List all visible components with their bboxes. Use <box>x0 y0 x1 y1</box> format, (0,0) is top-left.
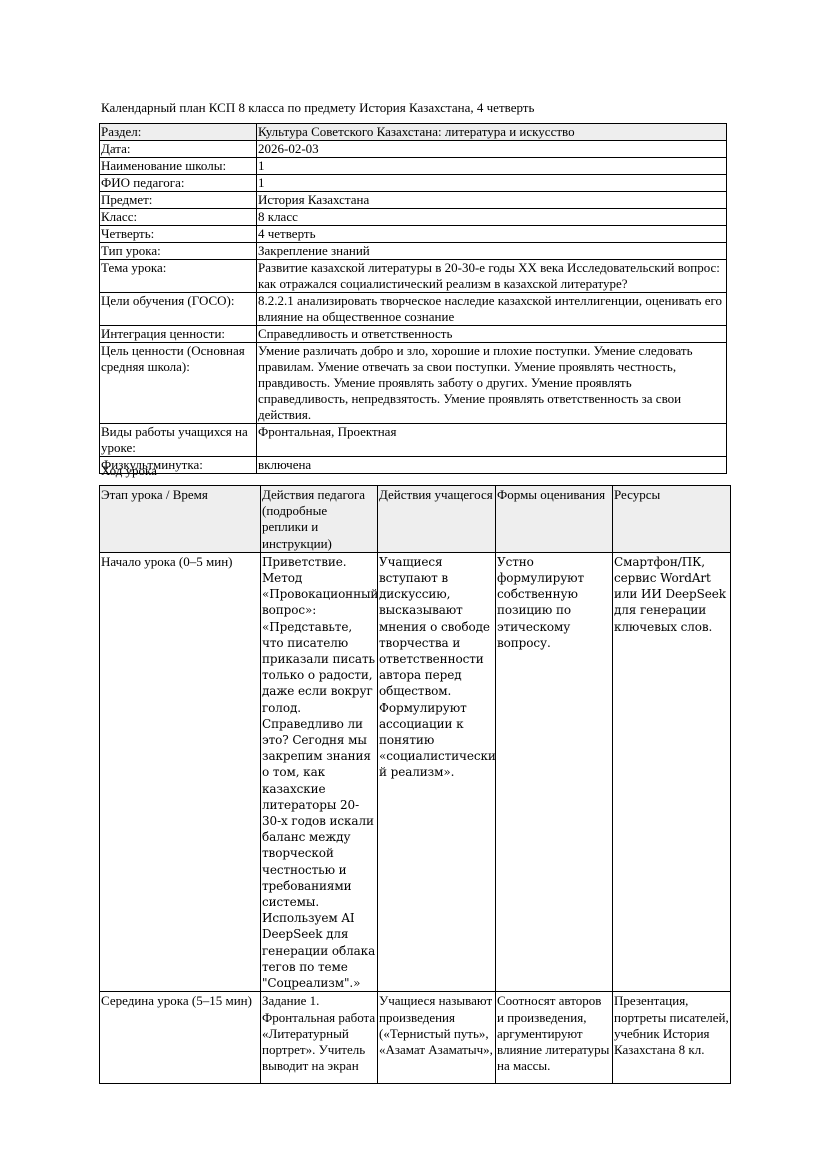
info-value: Фронтальная, Проектная <box>257 424 727 457</box>
assessment-cell: Соотносят авторов и произведения, аргуме… <box>496 992 613 1084</box>
info-value: 2026-02-03 <box>257 141 727 158</box>
info-row: Класс:8 класс <box>100 209 727 226</box>
info-value: 4 четверть <box>257 226 727 243</box>
info-label: Тип урока: <box>100 243 257 260</box>
info-row: ФИО педагога:1 <box>100 175 727 192</box>
info-row: Наименование школы:1 <box>100 158 727 175</box>
header-stage: Этап урока / Время <box>100 486 261 553</box>
header-assessment: Формы оценивания <box>496 486 613 553</box>
student-actions-cell: Учащиеся вступают в дискуссию, высказыва… <box>378 552 496 991</box>
info-value: Закрепление знаний <box>257 243 727 260</box>
resources-cell: Презентация, портреты писателей, учебник… <box>613 992 731 1084</box>
header-resources: Ресурсы <box>613 486 731 553</box>
info-value: Развитие казахской литературы в 20-30-е … <box>257 260 727 293</box>
info-row: Предмет:История Казахстана <box>100 192 727 209</box>
info-value: включена <box>257 457 727 474</box>
info-label: Цель ценности (Основная средняя школа): <box>100 343 257 424</box>
info-row: Тип урока:Закрепление знаний <box>100 243 727 260</box>
lesson-table-header-row: Этап урока / Время Действия педагога (по… <box>100 486 731 553</box>
table-row: Начало урока (0–5 мин) Приветствие. Мето… <box>100 552 731 991</box>
info-row: Физкультминутка:включена <box>100 457 727 474</box>
info-value: 8 класс <box>257 209 727 226</box>
info-row: Цель ценности (Основная средняя школа):У… <box>100 343 727 424</box>
info-label: Предмет: <box>100 192 257 209</box>
info-value: Умение различать добро и зло, хорошие и … <box>257 343 727 424</box>
header-student-actions: Действия учащегося <box>378 486 496 553</box>
info-label: Виды работы учащихся на уроке: <box>100 424 257 457</box>
header-teacher-actions: Действия педагога (подробные реплики и и… <box>261 486 378 553</box>
info-label: Раздел: <box>100 124 257 141</box>
stage-cell: Середина урока (5–15 мин) <box>100 992 261 1084</box>
info-label: Класс: <box>100 209 257 226</box>
info-value: 1 <box>257 175 727 192</box>
info-row: Цели обучения (ГОСО):8.2.2.1 анализирова… <box>100 293 727 326</box>
info-label: Четверть: <box>100 226 257 243</box>
teacher-actions-cell: Задание 1. Фронтальная работа «Литератур… <box>261 992 378 1084</box>
info-label: Интеграция ценности: <box>100 326 257 343</box>
info-label: Дата: <box>100 141 257 158</box>
stage-cell: Начало урока (0–5 мин) <box>100 552 261 991</box>
info-value: История Казахстана <box>257 192 727 209</box>
lesson-info-table: Раздел:Культура Советского Казахстана: л… <box>99 123 727 474</box>
info-row: Четверть:4 четверть <box>100 226 727 243</box>
info-value: Справедливость и ответственность <box>257 326 727 343</box>
info-row: Тема урока:Развитие казахской литературы… <box>100 260 727 293</box>
assessment-cell: Устно формулируют собственную позицию по… <box>496 552 613 991</box>
lesson-flow-table: Этап урока / Время Действия педагога (по… <box>99 485 731 1084</box>
student-actions-cell: Учащиеся называют произведения («Тернист… <box>378 992 496 1084</box>
lesson-progress-heading: Ход урока <box>101 463 157 479</box>
table-row: Середина урока (5–15 мин) Задание 1. Фро… <box>100 992 731 1084</box>
info-row: Интеграция ценности:Справедливость и отв… <box>100 326 727 343</box>
info-row: Дата:2026-02-03 <box>100 141 727 158</box>
info-value: 1 <box>257 158 727 175</box>
resources-cell: Смартфон/ПК, сервис WordArt или ИИ DeepS… <box>613 552 731 991</box>
teacher-actions-cell: Приветствие. Метод «Провокационный вопро… <box>261 552 378 991</box>
info-row: Виды работы учащихся на уроке:Фронтальна… <box>100 424 727 457</box>
info-label: Наименование школы: <box>100 158 257 175</box>
info-label: Тема урока: <box>100 260 257 293</box>
info-label: ФИО педагога: <box>100 175 257 192</box>
info-value: 8.2.2.1 анализировать творческое наследи… <box>257 293 727 326</box>
info-label: Цели обучения (ГОСО): <box>100 293 257 326</box>
info-row: Раздел:Культура Советского Казахстана: л… <box>100 124 727 141</box>
info-value: Культура Советского Казахстана: литерату… <box>257 124 727 141</box>
document-title: Календарный план КСП 8 класса по предмет… <box>101 100 534 116</box>
